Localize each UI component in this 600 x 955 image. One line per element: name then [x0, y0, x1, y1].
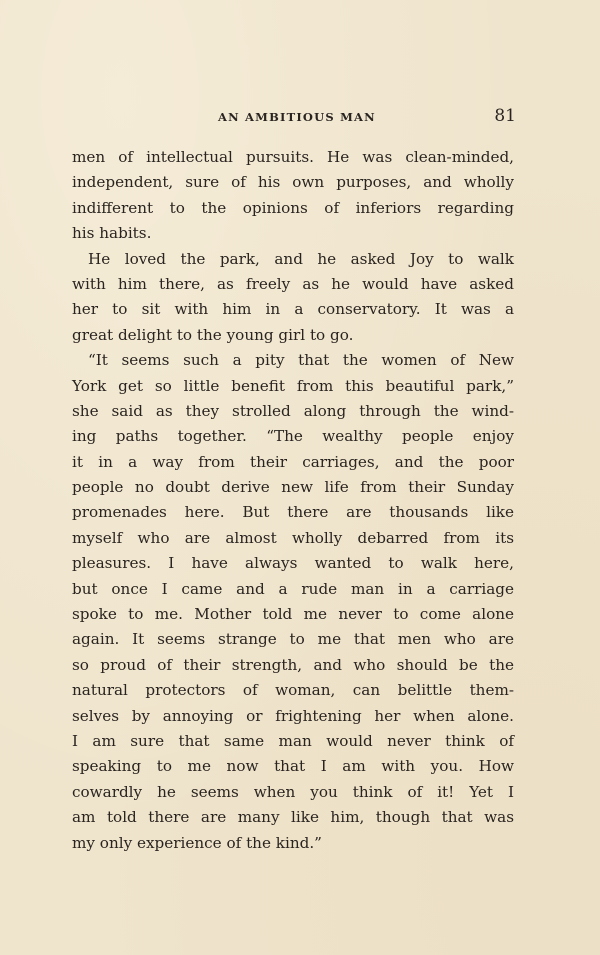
- text-line: “It seems such a pity that the women of …: [72, 348, 514, 373]
- text-line: am told there are many like him, though …: [72, 805, 514, 830]
- book-page: AN AMBITIOUS MAN 81 men of intellectual …: [0, 0, 600, 955]
- text-line: again. It seems strange to me that men w…: [72, 627, 514, 652]
- text-line: her to sit with him in a conservatory. I…: [72, 297, 514, 322]
- text-line: his habits.: [72, 221, 514, 246]
- text-line: He loved the park, and he asked Joy to w…: [72, 247, 514, 272]
- text-line: spoke to me. Mother told me never to com…: [72, 602, 514, 627]
- text-line: selves by annoying or frightening her wh…: [72, 704, 514, 729]
- text-line: natural protectors of woman, can belittl…: [72, 678, 514, 703]
- text-line: cowardly he seems when you think of it! …: [72, 780, 514, 805]
- running-title: AN AMBITIOUS MAN: [218, 110, 376, 124]
- text-line: York get so little benefit from this bea…: [72, 374, 514, 399]
- text-line: indifferent to the opinions of inferiors…: [72, 196, 514, 221]
- text-line: so proud of their strength, and who shou…: [72, 653, 514, 678]
- text-line: myself who are almost wholly debarred fr…: [72, 526, 514, 551]
- text-line: it in a way from their carriages, and th…: [72, 450, 514, 475]
- text-line: pleasures. I have always wanted to walk …: [72, 551, 514, 576]
- text-line: my only experience of the kind.”: [72, 831, 514, 856]
- running-head: AN AMBITIOUS MAN 81: [72, 106, 516, 130]
- text-line: with him there, as freely as he would ha…: [72, 272, 514, 297]
- text-line: great delight to the young girl to go.: [72, 323, 514, 348]
- text-line: ing paths together. “The wealthy people …: [72, 424, 514, 449]
- page-number: 81: [494, 106, 516, 126]
- text-line: people no doubt derive new life from the…: [72, 475, 514, 500]
- text-line: speaking to me now that I am with you. H…: [72, 754, 514, 779]
- text-line: but once I came and a rude man in a carr…: [72, 577, 514, 602]
- body-text: men of intellectual pursuits. He was cle…: [72, 145, 514, 856]
- text-line: promenades here. But there are thousands…: [72, 500, 514, 525]
- text-line: I am sure that same man would never thin…: [72, 729, 514, 754]
- text-line: she said as they strolled along through …: [72, 399, 514, 424]
- text-line: independent, sure of his own purposes, a…: [72, 170, 514, 195]
- text-line: men of intellectual pursuits. He was cle…: [72, 145, 514, 170]
